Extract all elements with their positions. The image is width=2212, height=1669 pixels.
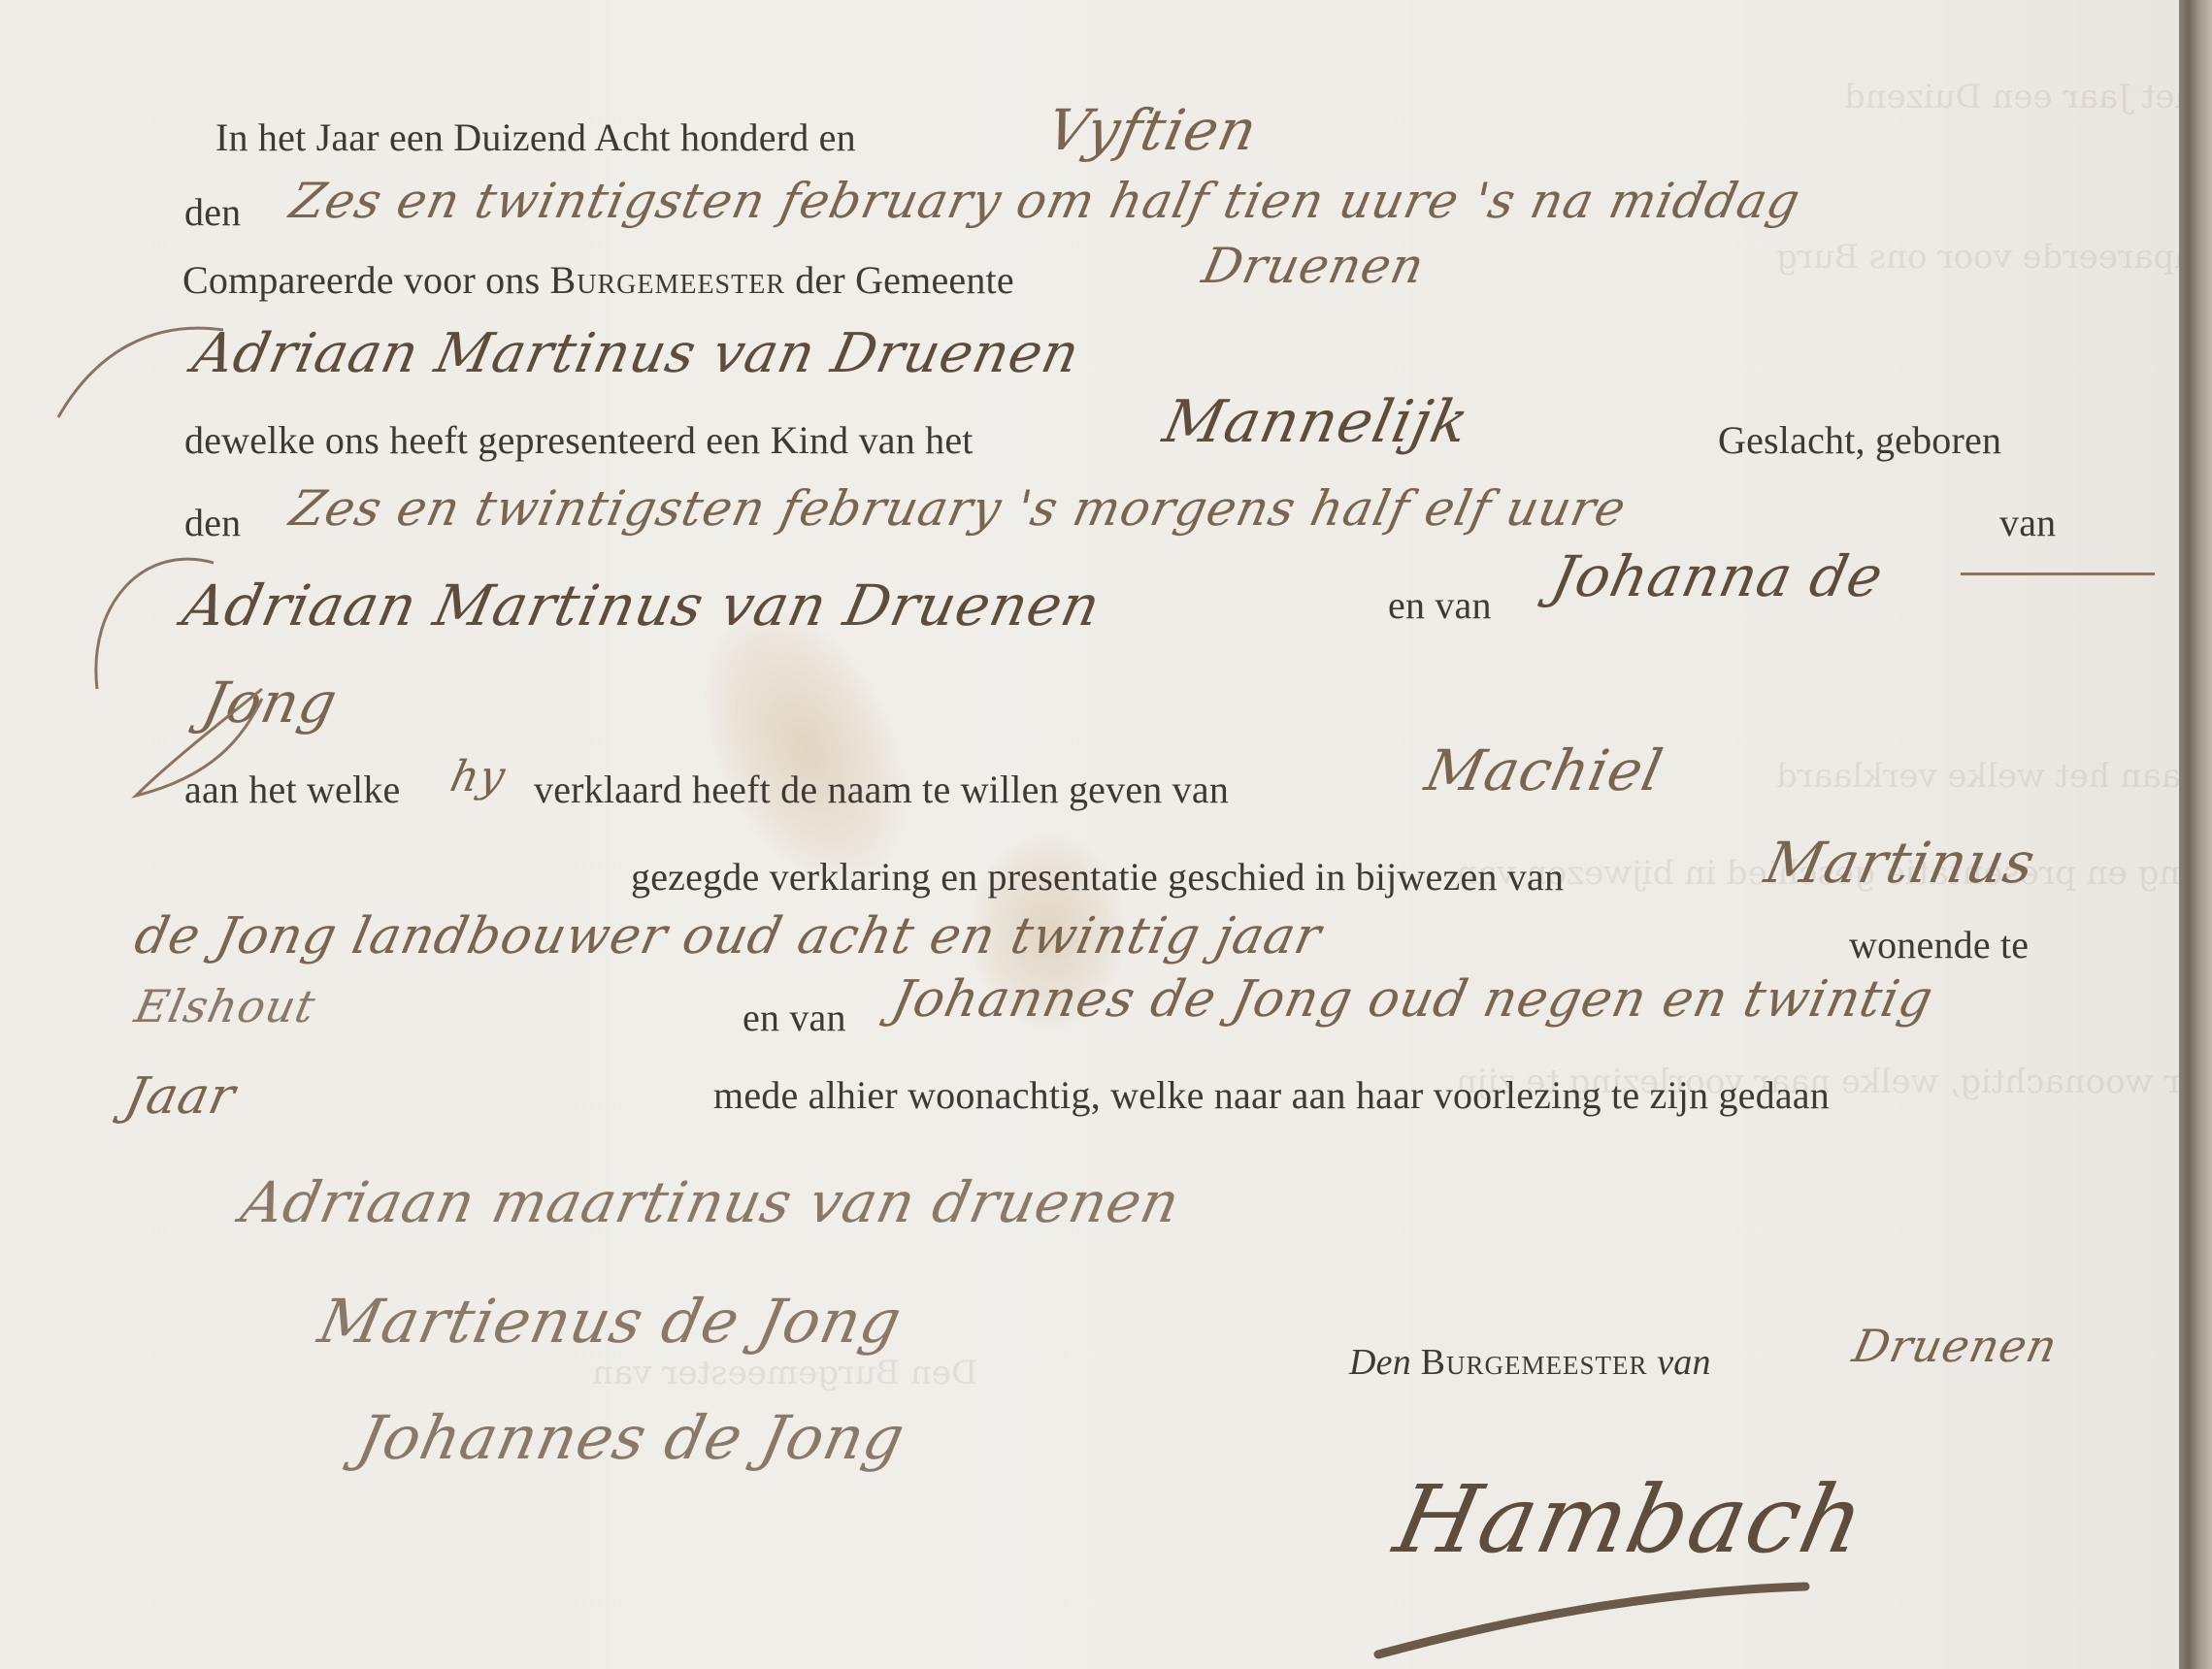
signature-underline-icon xyxy=(1359,1553,1844,1669)
fill-line xyxy=(1961,573,2155,575)
printed-text-mede-alhier: mede alhier woonachtig, welke naar aan h… xyxy=(713,1072,1830,1118)
printed-text-van: van xyxy=(1999,500,2056,545)
printed-burgemeester: Burgemeester xyxy=(1421,1342,1648,1383)
printed-text: Compareerde voor ons xyxy=(182,258,540,302)
handwritten-birth-date-time: Zes en twintigsten february 's morgens h… xyxy=(285,480,1632,537)
document-page: In het Jaar een Duizend Compareerde voor… xyxy=(0,0,2182,1669)
printed-text-verklaard: verklaard heeft de naam te willen geven … xyxy=(534,767,1229,812)
bleed-through-text: Compareerde voor ons Burg xyxy=(1776,238,2212,277)
handwritten-sex: Mannelijk xyxy=(1158,388,1475,456)
handwritten-declarant-name: Adriaan Martinus van Druenen xyxy=(187,322,1085,385)
flourish-icon xyxy=(39,311,233,427)
handwritten-witness1-firstname: Martinus xyxy=(1760,830,2041,896)
printed-text-year: In het Jaar een Duizend Acht honderd en xyxy=(215,115,856,160)
printed-text-compareerde: Compareerde voor ons Burgemeester der Ge… xyxy=(182,257,1014,303)
printed-text-den: den xyxy=(184,189,241,235)
page-edge-shadow xyxy=(2179,0,2212,1669)
printed-text-geslacht: Geslacht, geboren xyxy=(1718,417,2001,463)
handwritten-father-name: Adriaan Martinus van Druenen xyxy=(178,573,1106,638)
handwritten-residence: Elshout xyxy=(130,980,320,1032)
printed-text-gezegde: gezegde verklaring en presentatie geschi… xyxy=(631,854,1564,900)
handwritten-year: Vyftien xyxy=(1041,97,1264,163)
flourish-icon xyxy=(39,543,233,699)
handwritten-jaar: Jaar xyxy=(120,1067,241,1126)
signature-declarant: Adriaan maartinus van druenen xyxy=(236,1169,1186,1235)
bleed-through-text: aan het welke verklaard xyxy=(1776,757,2181,796)
printed-text-en-van: en van xyxy=(743,995,846,1040)
printed-text-dewelke: dewelke ons heeft gepresenteerd een Kind… xyxy=(184,417,974,463)
signature-witness-2: Johannes de Jong xyxy=(351,1402,911,1473)
printed-text: der Gemeente xyxy=(795,258,1014,302)
handwritten-municipality: Druenen xyxy=(1198,238,1430,294)
bleed-through-text: In het Jaar een Duizend xyxy=(1844,78,2212,116)
handwritten-date-time: Zes en twintigsten february om half tien… xyxy=(285,173,1805,229)
bleed-through-text: Den Burgemeester van xyxy=(592,1354,977,1392)
printed-text-en-van: en van xyxy=(1388,582,1492,628)
printed-text-den: den xyxy=(184,500,241,545)
printed-text-aan-het-welke: aan het welke xyxy=(184,767,400,812)
mayor-label: Den Burgemeester van xyxy=(1349,1341,1711,1384)
handwritten-hy: hy xyxy=(446,752,511,802)
handwritten-mother-name: Johanna de xyxy=(1546,543,1890,609)
handwritten-witness2-details: Johannes de Jong oud negen en twintig xyxy=(887,970,1939,1029)
handwritten-mayor-place: Druenen xyxy=(1848,1320,2063,1372)
printed-burgemeester: Burgemeester xyxy=(550,258,785,302)
signature-witness-1: Martienus de Jong xyxy=(313,1286,908,1357)
printed-text: van xyxy=(1657,1342,1710,1383)
printed-text: Den xyxy=(1349,1342,1411,1383)
handwritten-witness1-details: de Jong landbouwer oud acht en twintig j… xyxy=(130,907,1327,965)
printed-text-wonende-te: wonende te xyxy=(1849,922,2029,967)
handwritten-child-name: Machiel xyxy=(1420,737,1669,803)
